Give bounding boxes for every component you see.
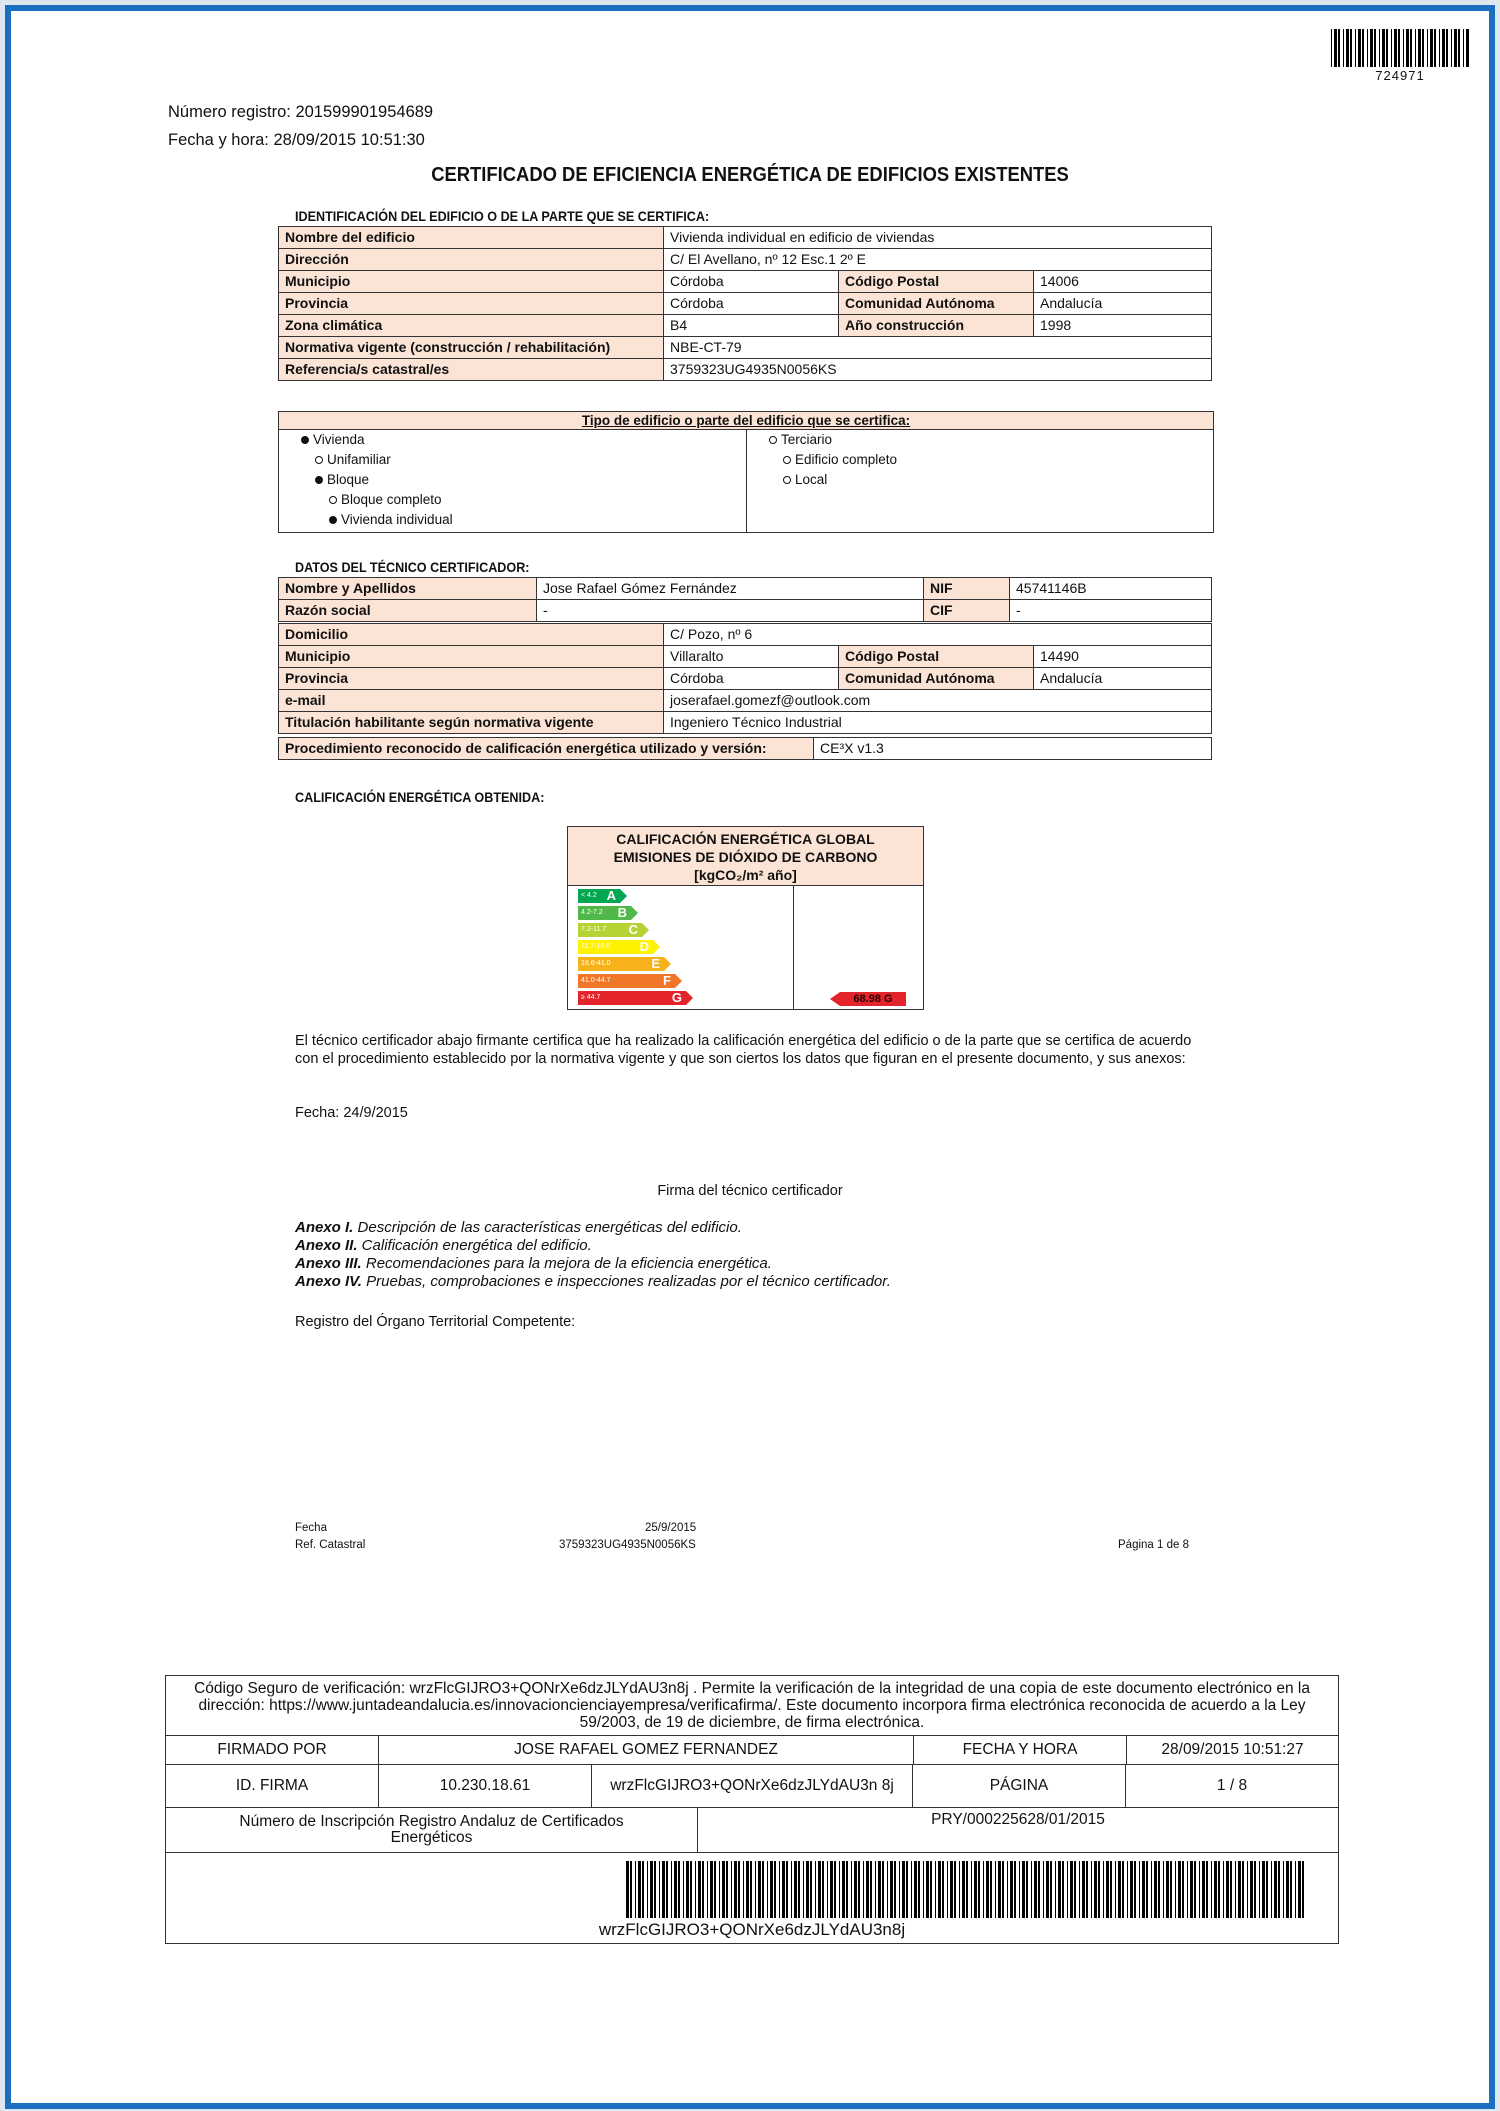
label: Provincia [279, 668, 664, 690]
verification-barcode [626, 1861, 1306, 1918]
fecha-hora-value: 28/09/2015 10:51:27 [1127, 1736, 1338, 1764]
pagina-value: 1 / 8 [1126, 1765, 1338, 1807]
tecnico-table-bottom: DomicilioC/ Pozo, nº 6 MunicipioVillaral… [278, 623, 1212, 734]
tipo-edificio-heading: Tipo de edificio o parte del edificio qu… [279, 412, 1213, 430]
value: C/ Pozo, nº 6 [664, 624, 1212, 646]
footer-fecha-label: Fecha [295, 1522, 327, 1534]
label: Municipio [279, 646, 664, 668]
value: Andalucía [1034, 293, 1212, 315]
radio-filled-icon [315, 476, 323, 484]
tecnico-procedimiento-table: Procedimiento reconocido de calificación… [278, 737, 1212, 760]
label: Razón social [279, 600, 537, 622]
label: Normativa vigente (construcción / rehabi… [279, 337, 664, 359]
tipo-option-label: Bloque completo [341, 492, 442, 507]
pagina-label: PÁGINA [913, 1765, 1126, 1807]
rating-bar-e: 18.6-41.0E [578, 957, 664, 971]
value: Villaralto [664, 646, 839, 668]
label: Comunidad Autónoma [839, 293, 1034, 315]
value: B4 [664, 315, 839, 337]
radio-filled-icon [329, 516, 337, 524]
rating-bar-d: 11.7-18.6D [578, 940, 653, 954]
label: Dirección [279, 249, 664, 271]
value: Córdoba [664, 271, 839, 293]
tipo-option: Vivienda [301, 432, 365, 448]
label: Referencia/s catastral/es [279, 359, 664, 381]
value: 14006 [1034, 271, 1212, 293]
anexo-item: Anexo I. Descripción de las característi… [295, 1219, 742, 1237]
id-firma-label: ID. FIRMA [166, 1765, 379, 1807]
value: Ingeniero Técnico Industrial [664, 712, 1212, 734]
verificacion-text: Código Seguro de verificación: wrzFlcGIJ… [166, 1676, 1338, 1736]
label: Nombre y Apellidos [279, 578, 537, 600]
rating-bar-c: 7.2-11.7C [578, 923, 642, 937]
label: Código Postal [839, 271, 1034, 293]
radio-filled-icon [301, 436, 309, 444]
tipo-option: Vivienda individual [329, 512, 453, 528]
section-calificacion-heading: CALIFICACIÓN ENERGÉTICA OBTENIDA: [295, 789, 544, 805]
value: Andalucía [1034, 668, 1212, 690]
inscripcion-value: PRY/000225628/01/2015 [698, 1808, 1338, 1852]
tecnico-table-top: Nombre y ApellidosJose Rafael Gómez Fern… [278, 577, 1212, 622]
identificacion-table: Nombre del edificioVivienda individual e… [278, 226, 1212, 381]
footer-ref: 3759323UG4935N0056KS [559, 1539, 696, 1551]
radio-empty-icon [783, 456, 791, 464]
fecha-hora-label: FECHA Y HORA [914, 1736, 1127, 1764]
radio-empty-icon [769, 436, 777, 444]
footer-fecha: 25/9/2015 [645, 1522, 696, 1534]
fecha-hora: Fecha y hora: 28/09/2015 10:51:30 [168, 131, 425, 150]
tipo-option-label: Bloque [327, 472, 369, 487]
tipo-option: Bloque completo [329, 492, 442, 508]
tipo-option-label: Local [795, 472, 827, 487]
tipo-option-label: Vivienda individual [341, 512, 453, 527]
label: Nombre del edificio [279, 227, 664, 249]
rating-bar-g: ≥ 44.7G [578, 991, 686, 1005]
rating-bar-a: < 4.2A [578, 889, 620, 903]
label: Titulación habilitante según normativa v… [279, 712, 664, 734]
radio-empty-icon [315, 456, 323, 464]
tipo-option: Unifamiliar [315, 452, 391, 468]
anexo-item: Anexo II. Calificación energética del ed… [295, 1237, 592, 1255]
label: Zona climática [279, 315, 664, 337]
tipo-option-label: Unifamiliar [327, 452, 391, 467]
value: Córdoba [664, 293, 839, 315]
footer-ref-label: Ref. Catastral [295, 1539, 365, 1551]
declaracion-fecha: Fecha: 24/9/2015 [295, 1104, 1195, 1122]
tipo-option: Terciario [769, 432, 832, 448]
value: NBE-CT-79 [664, 337, 1212, 359]
value: 14490 [1034, 646, 1212, 668]
tipo-edificio-box: Tipo de edificio o parte del edificio qu… [278, 411, 1214, 533]
footer-pagina: Página 1 de 8 [1118, 1539, 1189, 1551]
value: Jose Rafael Gómez Fernández [537, 578, 924, 600]
label: e-mail [279, 690, 664, 712]
tipo-option-label: Vivienda [313, 432, 365, 447]
declaracion-text: El técnico certificador abajo firmante c… [295, 1032, 1195, 1068]
value: - [537, 600, 924, 622]
rating-result-arrow: 68.98 G [840, 992, 906, 1006]
label: Municipio [279, 271, 664, 293]
section-identificacion-heading: IDENTIFICACIÓN DEL EDIFICIO O DE LA PART… [295, 208, 709, 224]
rating-box: CALIFICACIÓN ENERGÉTICA GLOBAL EMISIONES… [567, 826, 924, 1010]
radio-empty-icon [783, 476, 791, 484]
label: Domicilio [279, 624, 664, 646]
page-title: CERTIFICADO DE EFICIENCIA ENERGÉTICA DE … [60, 164, 1440, 187]
top-barcode [1331, 29, 1469, 67]
value: Córdoba [664, 668, 839, 690]
tipo-option-label: Edificio completo [795, 452, 897, 467]
label: Código Postal [839, 646, 1034, 668]
firmado-por-label: FIRMADO POR [166, 1736, 379, 1764]
numero-registro: Número registro: 201599901954689 [168, 103, 433, 122]
label: Comunidad Autónoma [839, 668, 1034, 690]
anexo-item: Anexo III. Recomendaciones para la mejor… [295, 1255, 772, 1273]
rating-box-header: CALIFICACIÓN ENERGÉTICA GLOBAL EMISIONES… [568, 827, 923, 886]
rating-title-1: CALIFICACIÓN ENERGÉTICA GLOBAL [568, 830, 923, 848]
value: CE³X v1.3 [814, 738, 1212, 760]
tipo-option: Edificio completo [783, 452, 897, 468]
value: joserafael.gomezf@outlook.com [664, 690, 1212, 712]
barcode-area: wrzFlcGIJRO3+QONrXe6dzJLYdAU3n8j [166, 1853, 1338, 1943]
radio-empty-icon [329, 496, 337, 504]
tipo-option-label: Terciario [781, 432, 832, 447]
rating-bar-b: 4.2-7.2B [578, 906, 631, 920]
barcode-text: wrzFlcGIJRO3+QONrXe6dzJLYdAU3n8j [166, 1920, 1338, 1940]
firma-label: Firma del técnico certificador [190, 1182, 1310, 1200]
label: Procedimiento reconocido de calificación… [279, 738, 814, 760]
rating-title-2: EMISIONES DE DIÓXIDO DE CARBONO [568, 848, 923, 866]
firma-electronica-box: Código Seguro de verificación: wrzFlcGIJ… [165, 1675, 1339, 1944]
value: Vivienda individual en edificio de vivie… [664, 227, 1212, 249]
value: C/ El Avellano, nº 12 Esc.1 2º E [664, 249, 1212, 271]
top-barcode-number: 724971 [1331, 68, 1469, 83]
tipo-option: Local [783, 472, 827, 488]
value: - [1010, 600, 1212, 622]
value: 45741146B [1010, 578, 1212, 600]
label: Provincia [279, 293, 664, 315]
rating-units: [kgCO₂/m² año] [568, 866, 923, 884]
rating-bar-f: 41.0-44.7F [578, 974, 675, 988]
id-code: wrzFlcGIJRO3+QONrXe6dzJLYdAU3n 8j [592, 1765, 913, 1807]
anexo-item: Anexo IV. Pruebas, comprobaciones e insp… [295, 1273, 891, 1291]
value: 1998 [1034, 315, 1212, 337]
label: Año construcción [839, 315, 1034, 337]
section-tecnico-heading: DATOS DEL TÉCNICO CERTIFICADOR: [295, 559, 530, 575]
tipo-option: Bloque [315, 472, 369, 488]
inscripcion-label: Número de Inscripción Registro Andaluz d… [166, 1808, 698, 1852]
id-firma: 10.230.18.61 [379, 1765, 592, 1807]
registro-organo: Registro del Órgano Territorial Competen… [295, 1313, 1195, 1331]
firmado-por: JOSE RAFAEL GOMEZ FERNANDEZ [379, 1736, 914, 1764]
label: CIF [924, 600, 1010, 622]
label: NIF [924, 578, 1010, 600]
value: 3759323UG4935N0056KS [664, 359, 1212, 381]
